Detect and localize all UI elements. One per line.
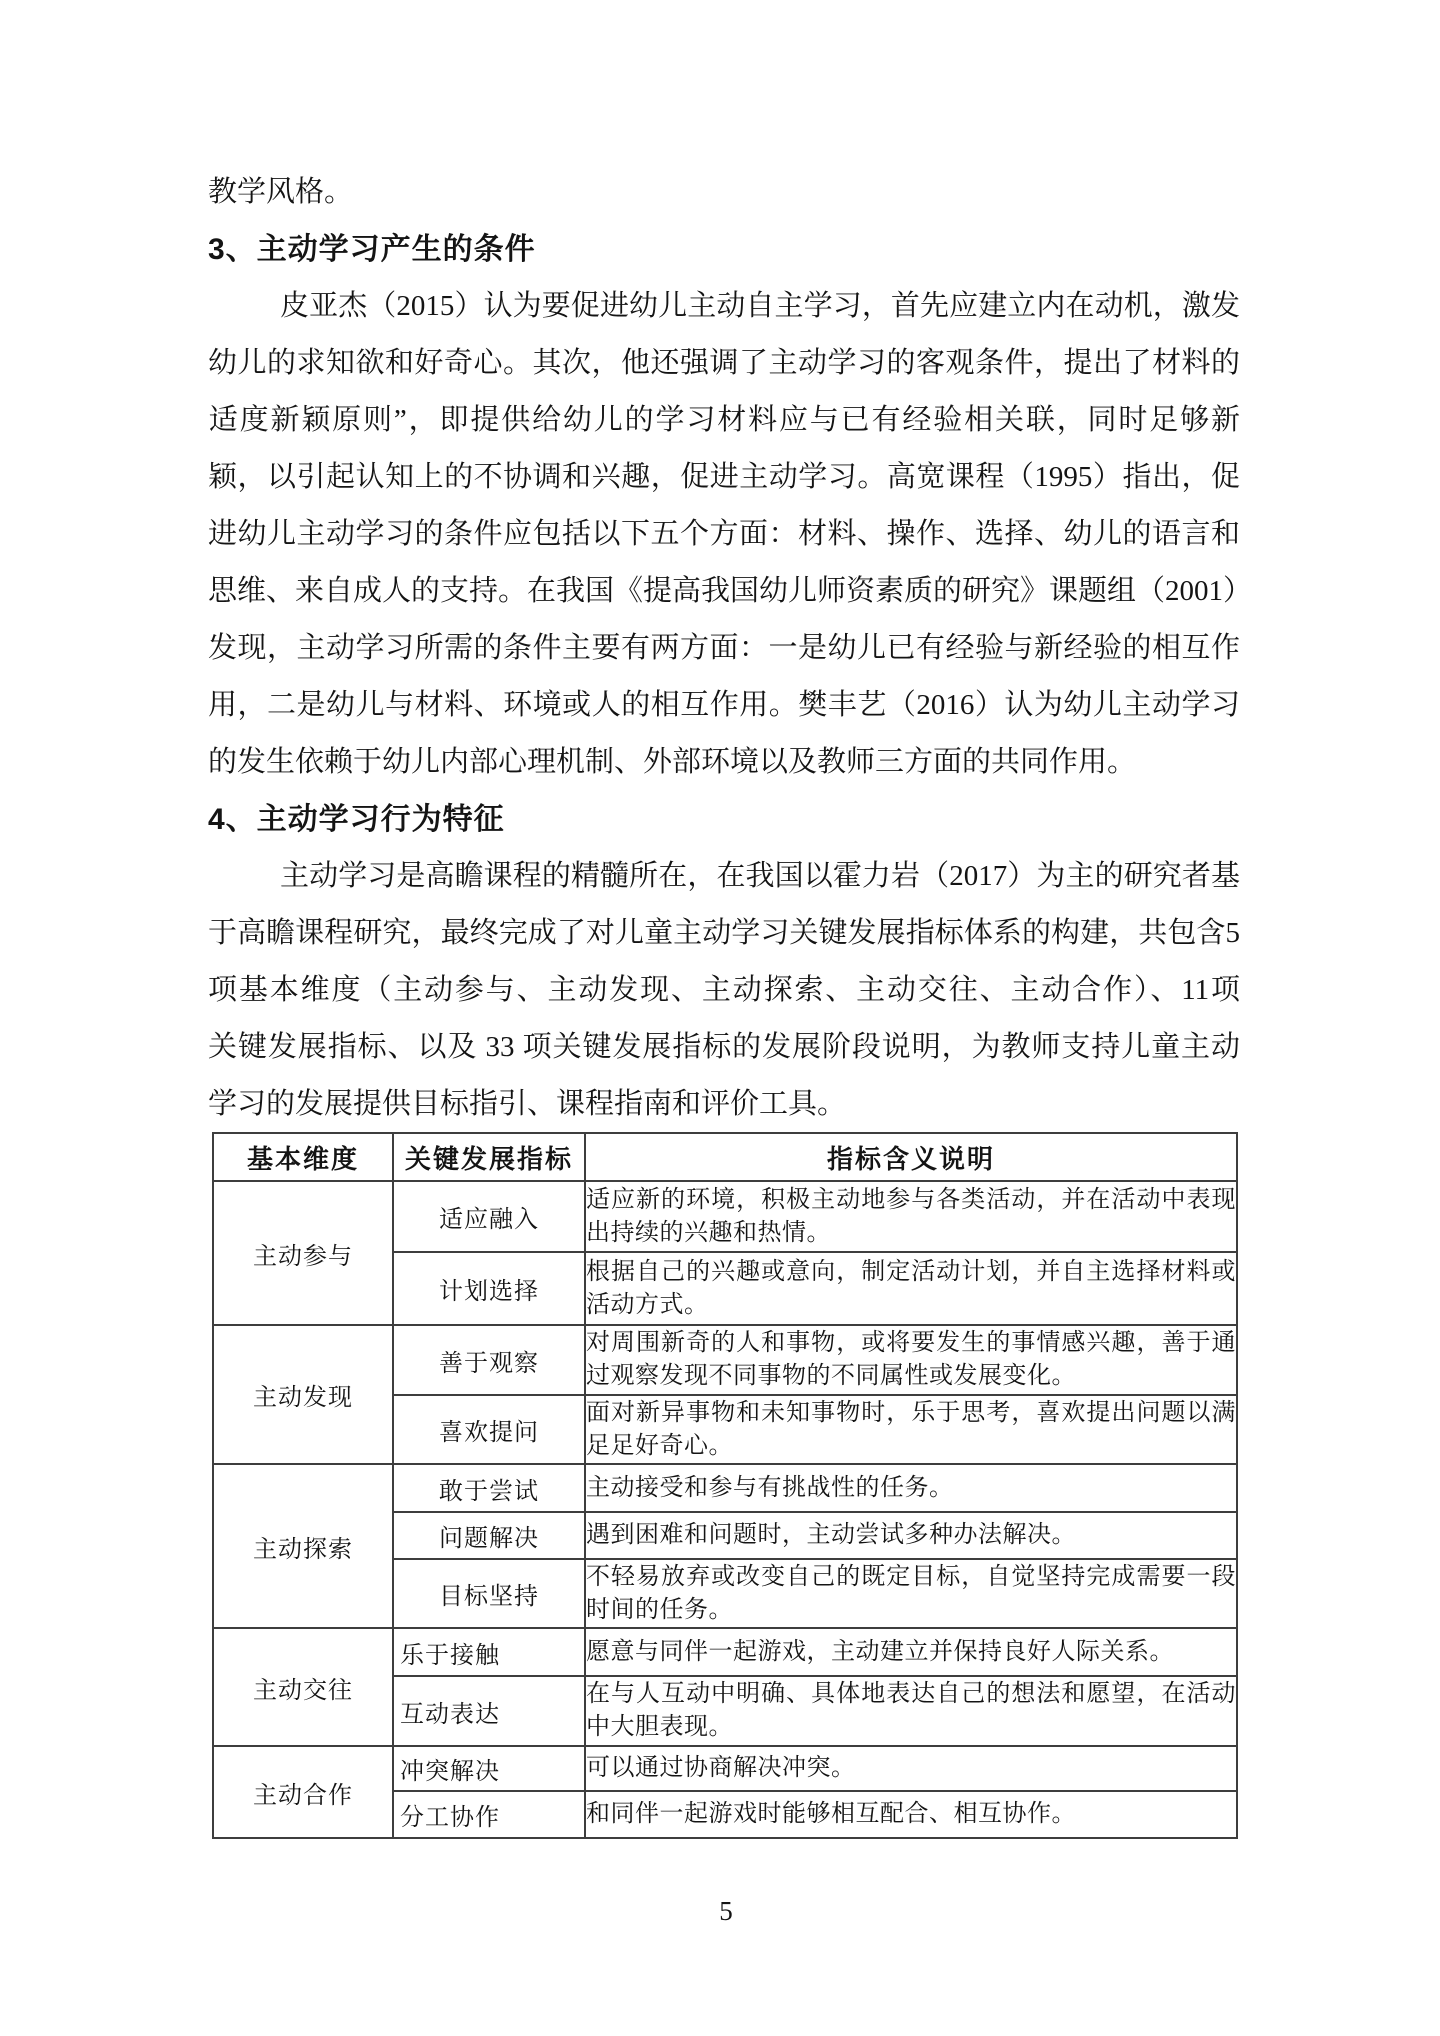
table-row: 主动参与 适应融入 适应新的环境，积极主动地参与各类活动，并在活动中表现出持续的… — [213, 1181, 1237, 1252]
table-header-cell: 指标含义说明 — [585, 1133, 1237, 1181]
paragraph-line: 思维、来自成人的支持。在我国《提高我国幼儿师资素质的研究》课题组（2001） — [208, 563, 1240, 620]
paragraph-line: 学习的发展提供目标指引、课程指南和评价工具。 — [208, 1076, 1240, 1133]
description-cell: 根据自己的兴趣或意向，制定活动计划，并自主选择材料或活动方式。 — [585, 1252, 1237, 1325]
paragraph-line: 主动学习是高瞻课程的精髓所在，在我国以霍力岩（2017）为主的研究者基 — [208, 848, 1240, 905]
dimension-cell: 主动探索 — [213, 1464, 393, 1628]
document-page: 教学风格。 3、主动学习产生的条件 皮亚杰（2015）认为要促进幼儿主动自主学习… — [0, 0, 1440, 2036]
page-number: 5 — [0, 1894, 1440, 1928]
indicator-cell: 适应融入 — [393, 1181, 585, 1252]
table-row: 主动合作 冲突解决 可以通过协商解决冲突。 — [213, 1746, 1237, 1791]
indicator-cell: 目标坚持 — [393, 1559, 585, 1628]
table-header-row: 基本维度 关键发展指标 指标含义说明 — [213, 1133, 1237, 1181]
description-cell: 适应新的环境，积极主动地参与各类活动，并在活动中表现出持续的兴趣和热情。 — [585, 1181, 1237, 1252]
paragraph-line: 于高瞻课程研究，最终完成了对儿童主动学习关键发展指标体系的构建，共包含5 — [208, 905, 1240, 962]
table-header-cell: 关键发展指标 — [393, 1133, 585, 1181]
indicator-cell: 乐于接触 — [393, 1628, 585, 1676]
table-header-cell: 基本维度 — [213, 1133, 393, 1181]
description-cell: 不轻易放弃或改变自己的既定目标，自觉坚持完成需要一段时间的任务。 — [585, 1559, 1237, 1628]
table-row: 主动交往 乐于接触 愿意与同伴一起游戏，主动建立并保持良好人际关系。 — [213, 1628, 1237, 1676]
indicator-cell: 计划选择 — [393, 1252, 585, 1325]
description-cell: 对周围新奇的人和事物，或将要发生的事情感兴趣，善于通过观察发现不同事物的不同属性… — [585, 1325, 1237, 1395]
description-cell: 遇到困难和问题时，主动尝试多种办法解决。 — [585, 1512, 1237, 1559]
description-cell: 在与人互动中明确、具体地表达自己的想法和愿望，在活动中大胆表现。 — [585, 1676, 1237, 1746]
paragraph-line: 关键发展指标、以及 33 项关键发展指标的发展阶段说明，为教师支持儿童主动 — [208, 1019, 1240, 1076]
paragraph-line: 进幼儿主动学习的条件应包括以下五个方面：材料、操作、选择、幼儿的语言和 — [208, 506, 1240, 563]
section-heading-3: 3、主动学习产生的条件 — [208, 221, 1240, 278]
paragraph-line: 皮亚杰（2015）认为要促进幼儿主动自主学习，首先应建立内在动机，激发 — [208, 278, 1240, 335]
indicator-cell: 敢于尝试 — [393, 1464, 585, 1512]
indicator-cell: 喜欢提问 — [393, 1395, 585, 1464]
table-row: 主动发现 善于观察 对周围新奇的人和事物，或将要发生的事情感兴趣，善于通过观察发… — [213, 1325, 1237, 1395]
dimension-cell: 主动交往 — [213, 1628, 393, 1746]
description-cell: 面对新异事物和未知事物时，乐于思考，喜欢提出问题以满足足好奇心。 — [585, 1395, 1237, 1464]
dimension-cell: 主动合作 — [213, 1746, 393, 1838]
description-cell: 愿意与同伴一起游戏，主动建立并保持良好人际关系。 — [585, 1628, 1237, 1676]
indicator-cell: 冲突解决 — [393, 1746, 585, 1791]
paragraph-line: 幼儿的求知欲和好奇心。其次，他还强调了主动学习的客观条件，提出了材料的 — [208, 335, 1240, 392]
dimension-cell: 主动发现 — [213, 1325, 393, 1464]
description-cell: 主动接受和参与有挑战性的任务。 — [585, 1464, 1237, 1512]
dimension-cell: 主动参与 — [213, 1181, 393, 1325]
table-row: 主动探索 敢于尝试 主动接受和参与有挑战性的任务。 — [213, 1464, 1237, 1512]
indicator-table: 基本维度 关键发展指标 指标含义说明 主动参与 适应融入 适应新的环境，积极主动… — [212, 1132, 1238, 1839]
indicator-cell: 分工协作 — [393, 1791, 585, 1838]
description-cell: 可以通过协商解决冲突。 — [585, 1746, 1237, 1791]
indicator-cell: 善于观察 — [393, 1325, 585, 1395]
paragraph-line: 项基本维度（主动参与、主动发现、主动探索、主动交往、主动合作）、11项 — [208, 962, 1240, 1019]
paragraph-line: 颖，以引起认知上的不协调和兴趣，促进主动学习。高宽课程（1995）指出，促 — [208, 449, 1240, 506]
description-cell: 和同伴一起游戏时能够相互配合、相互协作。 — [585, 1791, 1237, 1838]
text-flow: 教学风格。 3、主动学习产生的条件 皮亚杰（2015）认为要促进幼儿主动自主学习… — [208, 164, 1240, 1133]
indicator-cell: 问题解决 — [393, 1512, 585, 1559]
paragraph-line: 用，二是幼儿与材料、环境或人的相互作用。樊丰艺（2016）认为幼儿主动学习 — [208, 677, 1240, 734]
section-heading-4: 4、主动学习行为特征 — [208, 791, 1240, 848]
indicator-cell: 互动表达 — [393, 1676, 585, 1746]
paragraph-line: 教学风格。 — [208, 164, 1240, 221]
paragraph-line: “适度新颖原则”，即提供给幼儿的学习材料应与已有经验相关联，同时足够新 — [208, 392, 1240, 449]
paragraph-line: 发现，主动学习所需的条件主要有两方面：一是幼儿已有经验与新经验的相互作 — [208, 620, 1240, 677]
paragraph-line: 的发生依赖于幼儿内部心理机制、外部环境以及教师三方面的共同作用。 — [208, 734, 1240, 791]
